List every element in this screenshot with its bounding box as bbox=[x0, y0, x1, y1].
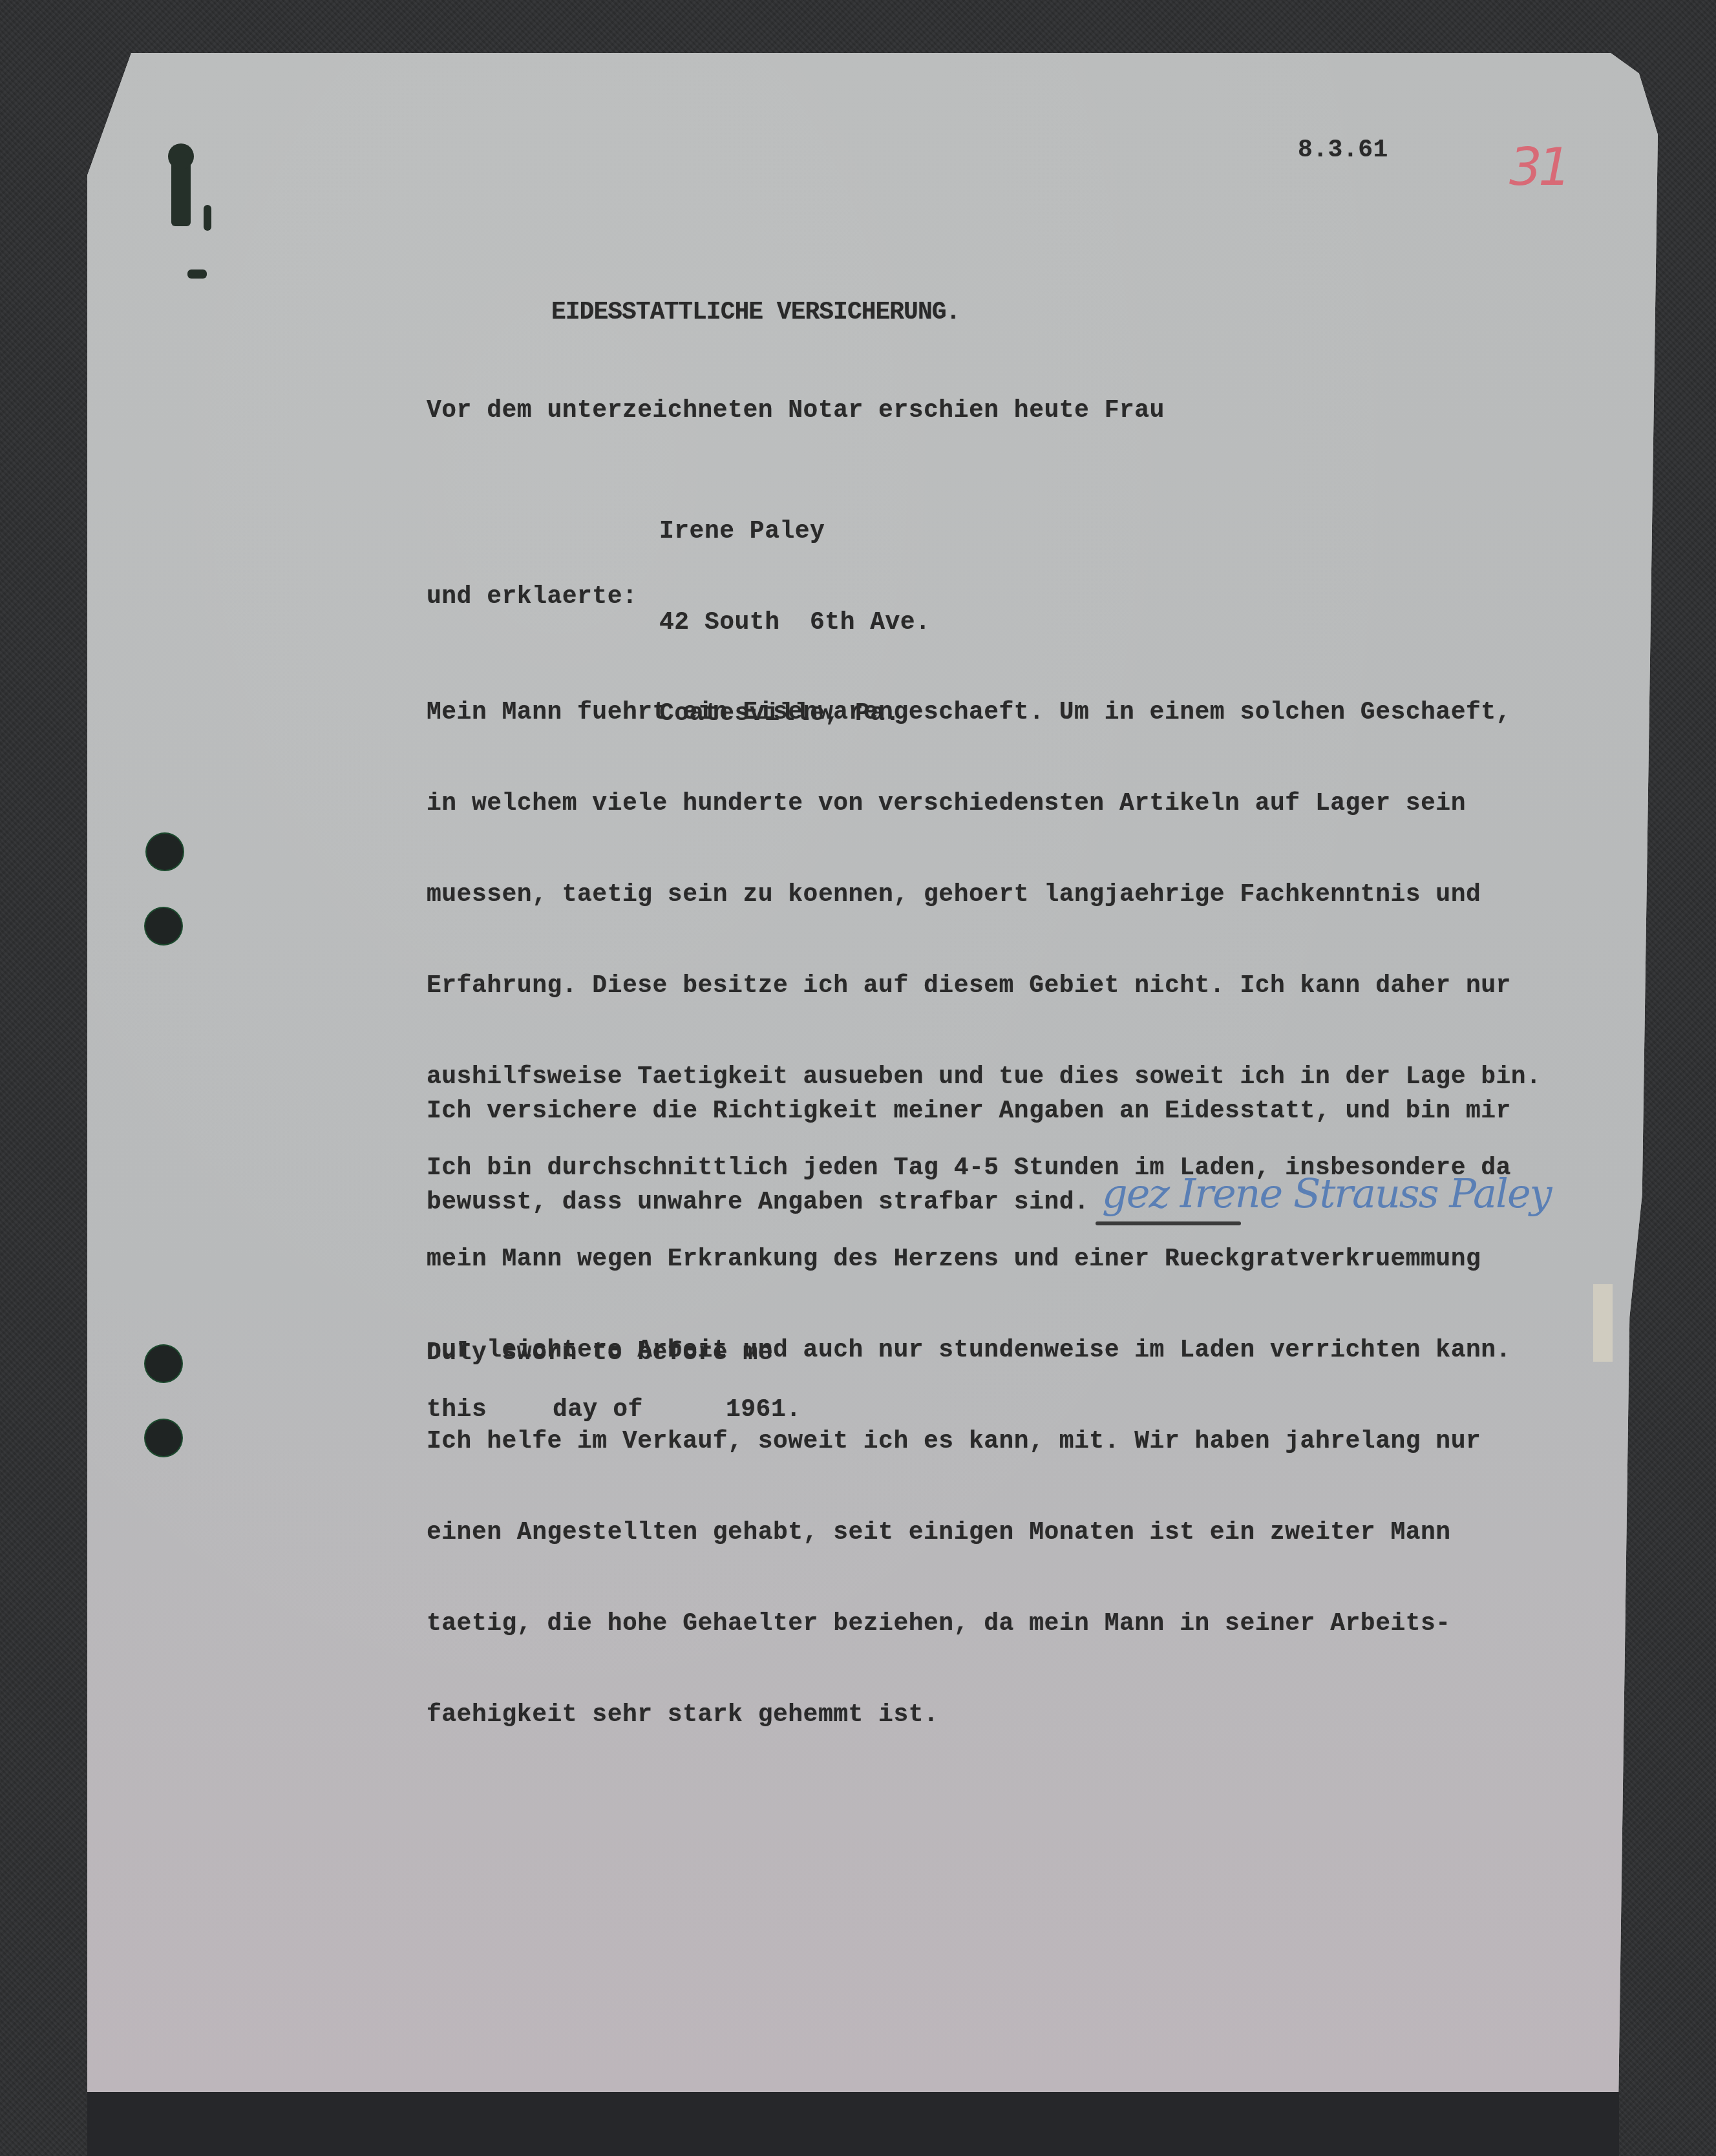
punch-hole bbox=[145, 1346, 182, 1382]
body-line: muessen, taetig sein zu koennen, gehoert… bbox=[427, 880, 1635, 910]
signature-underline bbox=[1096, 1221, 1241, 1225]
notary-this: this bbox=[427, 1395, 487, 1425]
body-line: einen Angestellten gehabt, seit einigen … bbox=[427, 1517, 1635, 1548]
notary-date-line: this day of 1961. bbox=[427, 1395, 487, 1547]
declared-line: und erklaerte: bbox=[427, 582, 637, 612]
document-page: 8.3.61 31 EIDESSTATTLICHE VERSICHERUNG. … bbox=[87, 53, 1658, 2092]
intro-line: Vor dem unterzeichneten Notar erschien h… bbox=[427, 396, 1165, 426]
body-line: in welchem viele hunderte von verschiede… bbox=[427, 788, 1635, 819]
notary-sworn-line: Duly sworn to before me bbox=[427, 1338, 773, 1368]
staple-slit-mark bbox=[204, 205, 211, 231]
handwritten-signature: gez Irene Strauss Paley bbox=[1102, 1170, 1551, 1217]
staple-tear-mark-lower bbox=[187, 269, 207, 279]
signature-block: gez Irene Strauss Paley bbox=[1063, 1152, 1619, 1262]
address-street: 42 South 6th Ave. bbox=[659, 608, 930, 638]
document-title: EIDESSTATTLICHE VERSICHERUNG. bbox=[551, 297, 960, 328]
scanner-background-bottom bbox=[87, 2091, 1619, 2156]
punch-hole bbox=[147, 834, 183, 870]
body-line: faehigkeit sehr stark gehemmt ist. bbox=[427, 1700, 1635, 1730]
punch-hole bbox=[145, 908, 182, 944]
notary-year: 1961. bbox=[726, 1395, 801, 1425]
punch-hole bbox=[145, 1420, 182, 1456]
document-date: 8.3.61 bbox=[1298, 135, 1388, 165]
address-name: Irene Paley bbox=[659, 516, 930, 547]
closing-line: Ich versichere die Richtigkeit meiner An… bbox=[427, 1096, 1511, 1126]
folio-number: 31 bbox=[1509, 137, 1567, 197]
body-line: Ich helfe im Verkauf, soweit ich es kann… bbox=[427, 1426, 1635, 1457]
notary-day-of: day of bbox=[553, 1395, 643, 1425]
body-line: taetig, die hohe Gehaelter beziehen, da … bbox=[427, 1609, 1635, 1639]
body-line: Mein Mann fuehrt ein Eisenwarengeschaeft… bbox=[427, 697, 1635, 728]
body-line: Erfahrung. Diese besitze ich auf diesem … bbox=[427, 971, 1635, 1001]
staple-tear-mark-top bbox=[168, 143, 194, 169]
